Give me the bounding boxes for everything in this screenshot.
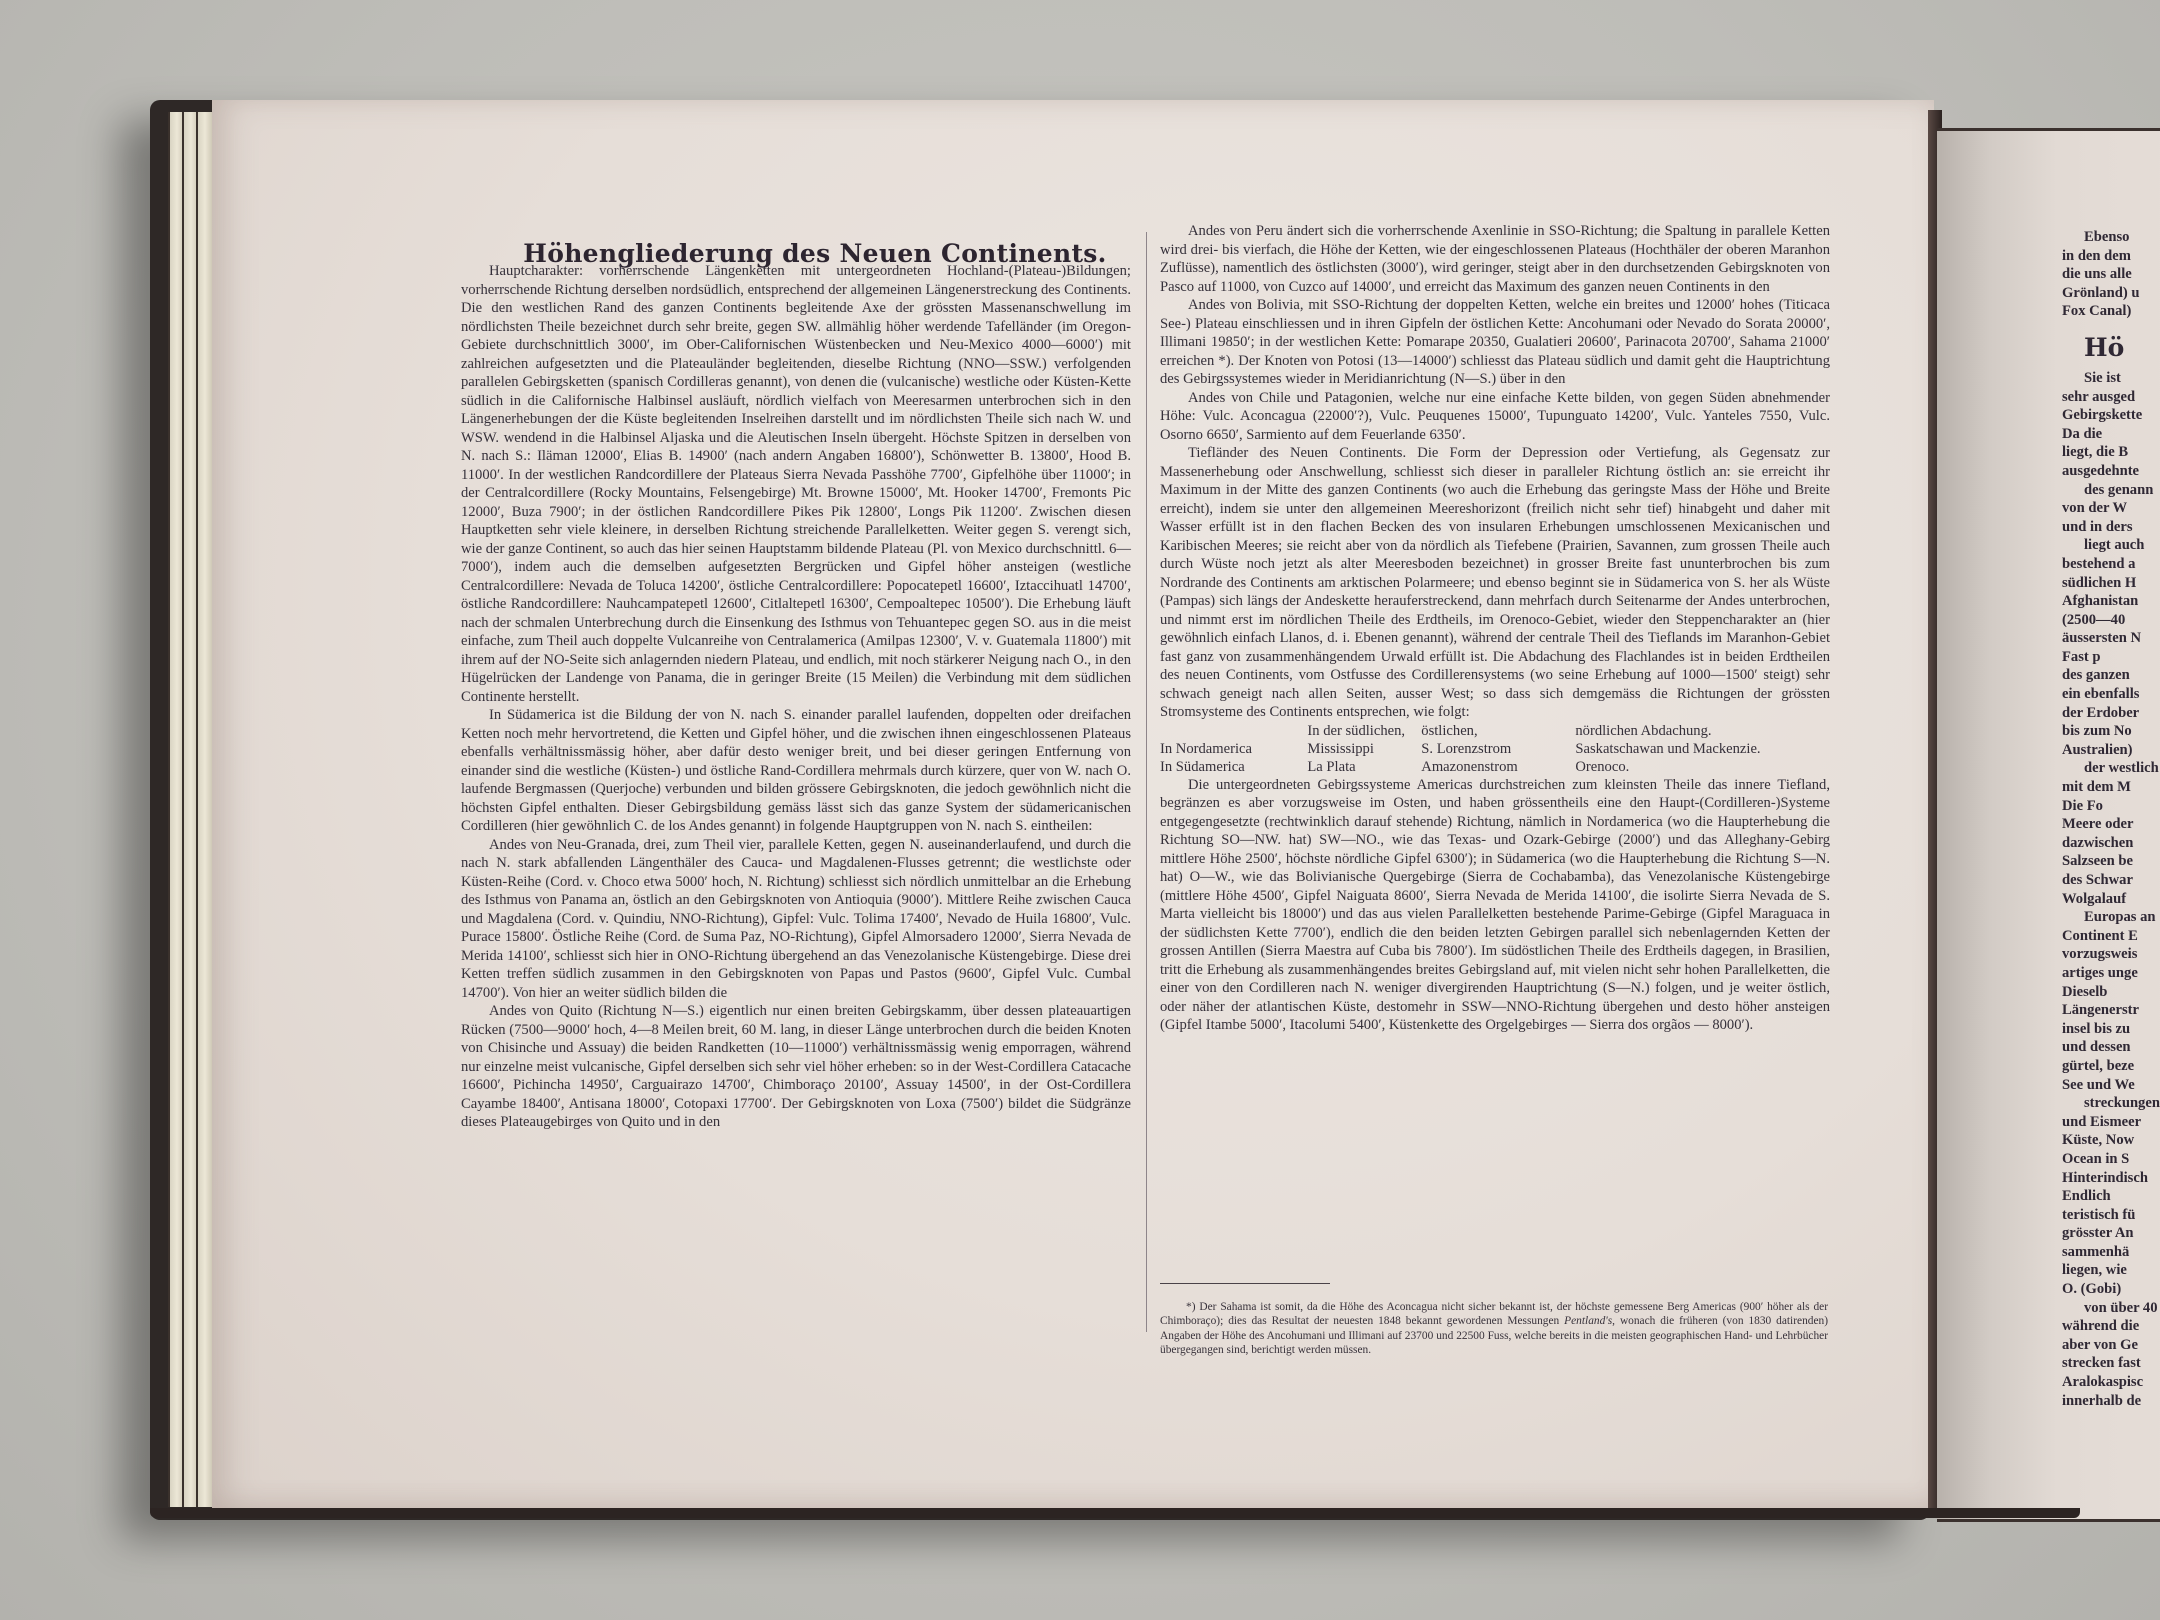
fragment-line: der Erdober	[2062, 704, 2160, 723]
fragment-line: Salzseen be	[2062, 852, 2160, 871]
fragment-line: streckungen	[2062, 1094, 2160, 1113]
fragment-line: Die Fo	[2062, 797, 2160, 816]
table-header: östlichen,	[1421, 722, 1575, 740]
fragment-line: Aralokaspisc	[2062, 1373, 2160, 1392]
fragment-line: Europas an	[2062, 908, 2160, 927]
fragment-line: und dessen	[2062, 1038, 2160, 1057]
table-cell: Amazonenstrom	[1421, 758, 1575, 776]
fragment-line: des genann	[2062, 481, 2160, 500]
fragment-line: O. (Gobi)	[2062, 1280, 2160, 1299]
table-header-row: In der südlichen, östlichen, nördlichen …	[1160, 722, 1830, 740]
footnote-author: Pentland's	[1564, 1315, 1612, 1327]
table-cell: S. Lorenzstrom	[1421, 740, 1575, 758]
fragment-line: äussersten N	[2062, 629, 2160, 648]
fragment-line: die uns alle	[2062, 265, 2160, 284]
fragment-line: aber von Ge	[2062, 1336, 2160, 1355]
leaf-edge	[196, 112, 212, 1507]
fragment-line: Küste, Now	[2062, 1131, 2160, 1150]
right-page-fragment: Ebensoin den demdie uns alleGrönland) uF…	[2062, 228, 2160, 1410]
fragment-line: innerhalb de	[2062, 1392, 2160, 1411]
fragment-line: Continent E	[2062, 927, 2160, 946]
river-systems-table: In der südlichen, östlichen, nördlichen …	[1160, 722, 1830, 776]
paragraph-chile: Andes von Chile und Patagonien, welche n…	[1160, 389, 1830, 445]
fragment-line: von der W	[2062, 499, 2160, 518]
table-cell: Orenoco.	[1575, 758, 1830, 776]
fragment-line: liegt, die B	[2062, 443, 2160, 462]
fragment-line: in den dem	[2062, 247, 2160, 266]
table-row: In Nordamerica Mississippi S. Lorenzstro…	[1160, 740, 1830, 758]
fragment-line: (2500—40	[2062, 611, 2160, 630]
fragment-line: Hinterindisch	[2062, 1169, 2160, 1188]
fragment-line: sehr ausged	[2062, 388, 2160, 407]
table-cell: La Plata	[1307, 758, 1421, 776]
fragment-line: Grönland) u	[2062, 284, 2160, 303]
table-cell: In Südamerica	[1160, 758, 1307, 776]
fragment-line: Australien)	[2062, 741, 2160, 760]
table-cell: Saskatschawan und Mackenzie.	[1575, 740, 1830, 758]
fragment-line: Gebirgskette	[2062, 406, 2160, 425]
fragment-line: Längenerstr	[2062, 1001, 2160, 1020]
paragraph-bolivia: Andes von Bolivia, mit SSO-Richtung der …	[1160, 296, 1830, 389]
fragment-line: bestehend a	[2062, 555, 2160, 574]
fragment-line: liegen, wie	[2062, 1261, 2160, 1280]
fragment-line: artiges unge	[2062, 964, 2160, 983]
column-divider	[1146, 232, 1147, 1332]
fragment-line: Ocean in S	[2062, 1150, 2160, 1169]
fragment-line: bis zum No	[2062, 722, 2160, 741]
fragment-line: Da die	[2062, 425, 2160, 444]
fragment-line: Fast p	[2062, 648, 2160, 667]
footnote-rule	[1160, 1283, 1330, 1284]
fragment-line: Ebenso	[2062, 228, 2160, 247]
fragment-line: Afghanistan	[2062, 592, 2160, 611]
fragment-line: Dieselb	[2062, 983, 2160, 1002]
paragraph-quito: Andes von Quito (Richtung N—S.) eigentli…	[461, 1002, 1131, 1132]
fragment-line: dazwischen	[2062, 834, 2160, 853]
left-column: Hauptcharakter: vorherrschende Längenket…	[461, 262, 1131, 1132]
fragment-line: des ganzen	[2062, 666, 2160, 685]
paragraph-peru: Andes von Peru ändert sich die vorherrsc…	[1160, 222, 1830, 296]
fragment-line: des Schwar	[2062, 871, 2160, 890]
paragraph-gebirgssysteme: Die untergeordneten Gebirgssysteme Ameri…	[1160, 776, 1830, 1035]
right-page-body-lines: Sie istsehr ausgedGebirgsketteDa dielieg…	[2062, 369, 2160, 1410]
table-header: In der südlichen,	[1307, 722, 1421, 740]
fragment-line: Fox Canal)	[2062, 302, 2160, 321]
fragment-line: Endlich	[2062, 1187, 2160, 1206]
fragment-line: liegt auch	[2062, 536, 2160, 555]
right-page-top-lines: Ebensoin den demdie uns alleGrönland) uF…	[2062, 228, 2160, 321]
fragment-line: gürtel, beze	[2062, 1057, 2160, 1076]
fragment-line: und in ders	[2062, 518, 2160, 537]
fragment-line: vorzugsweis	[2062, 945, 2160, 964]
fragment-line: sammenhä	[2062, 1243, 2160, 1262]
fragment-line: See und We	[2062, 1076, 2160, 1095]
table-header	[1160, 722, 1307, 740]
table-header: nördlichen Abdachung.	[1575, 722, 1830, 740]
right-column: Andes von Peru ändert sich die vorherrsc…	[1160, 222, 1830, 1035]
fragment-line: ausgedehnte	[2062, 462, 2160, 481]
right-page-heading: Hö	[2084, 331, 2160, 365]
fragment-line: Wolgalauf	[2062, 890, 2160, 909]
fragment-line: der westlich	[2062, 759, 2160, 778]
table-cell: Mississippi	[1307, 740, 1421, 758]
fragment-line: teristisch fü	[2062, 1206, 2160, 1225]
footnote-text: *) Der Sahama ist somit, da die Höhe des…	[1160, 1300, 1828, 1358]
table-row: In Südamerica La Plata Amazonenstrom Ore…	[1160, 758, 1830, 776]
footnote: *) Der Sahama ist somit, da die Höhe des…	[1160, 1300, 1828, 1358]
fragment-line: ein ebenfalls	[2062, 685, 2160, 704]
fragment-line: grösster An	[2062, 1224, 2160, 1243]
paragraph-tieflaender: Tiefländer des Neuen Continents. Die For…	[1160, 444, 1830, 722]
fragment-line: von über 40	[2062, 1299, 2160, 1318]
paragraph-neu-granada: Andes von Neu-Granada, drei, zum Theil v…	[461, 836, 1131, 1003]
book-bottom-edge	[150, 1508, 2080, 1518]
paragraph-hauptcharakter: Hauptcharakter: vorherrschende Längenket…	[461, 262, 1131, 706]
fragment-line: Sie ist	[2062, 369, 2160, 388]
fragment-line: südlichen H	[2062, 574, 2160, 593]
fragment-line: strecken fast	[2062, 1354, 2160, 1373]
fragment-line: Meere oder	[2062, 815, 2160, 834]
fragment-line: insel bis zu	[2062, 1020, 2160, 1039]
fragment-line: mit dem M	[2062, 778, 2160, 797]
fragment-line: und Eismeer	[2062, 1113, 2160, 1132]
table-cell: In Nordamerica	[1160, 740, 1307, 758]
fragment-line: während die	[2062, 1317, 2160, 1336]
paragraph-suedamerica: In Südamerica ist die Bildung der von N.…	[461, 706, 1131, 836]
